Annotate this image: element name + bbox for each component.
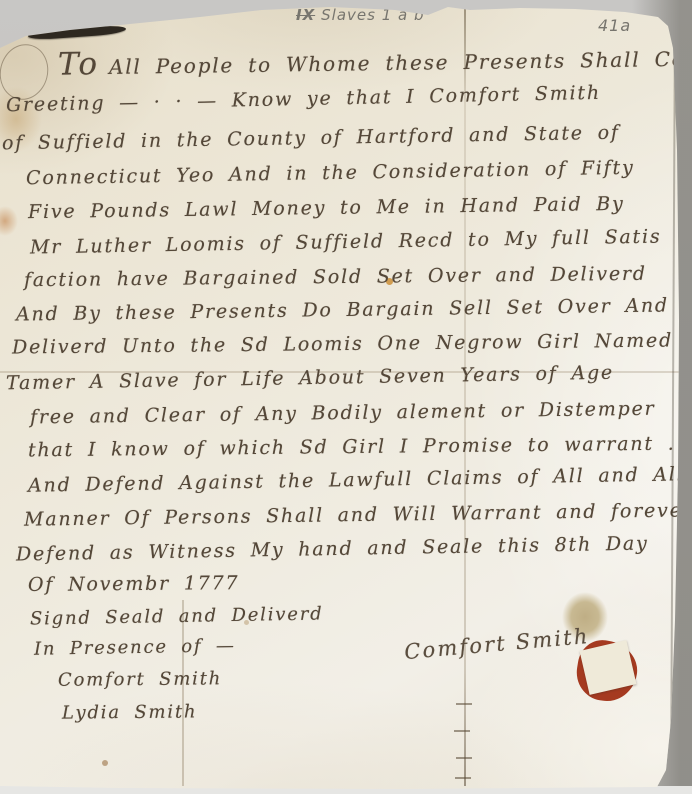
witness-signature: Lydia Smith [62, 701, 198, 723]
annotation-text: Slaves 1 a b [321, 6, 424, 24]
witness-signature: Comfort Smith [58, 668, 222, 690]
fold-stitch-mark [454, 730, 470, 732]
document-scan: IXSlaves 1 a b 41a ToAll People to Whome… [0, 0, 692, 794]
page-number-annotation: 41a [598, 16, 631, 35]
attestation-line: In Presence of — [34, 635, 236, 660]
fold-stitch-mark [456, 757, 472, 759]
annotation-roman-numeral: IX [296, 6, 315, 24]
deed-paper: IXSlaves 1 a b 41a ToAll People to Whome… [0, 0, 692, 794]
archival-annotation: IXSlaves 1 a b [296, 6, 425, 24]
manuscript-line-text: All People to Whome these Presents Shall… [109, 46, 692, 79]
manuscript-line: Of Novembr 1777 [28, 572, 240, 596]
manuscript-dropcap: To [58, 46, 99, 83]
stain [102, 760, 108, 766]
fold-stitch-mark [455, 777, 471, 779]
fold-stitch-mark [456, 703, 472, 705]
fold-line-vertical-left [182, 600, 184, 786]
